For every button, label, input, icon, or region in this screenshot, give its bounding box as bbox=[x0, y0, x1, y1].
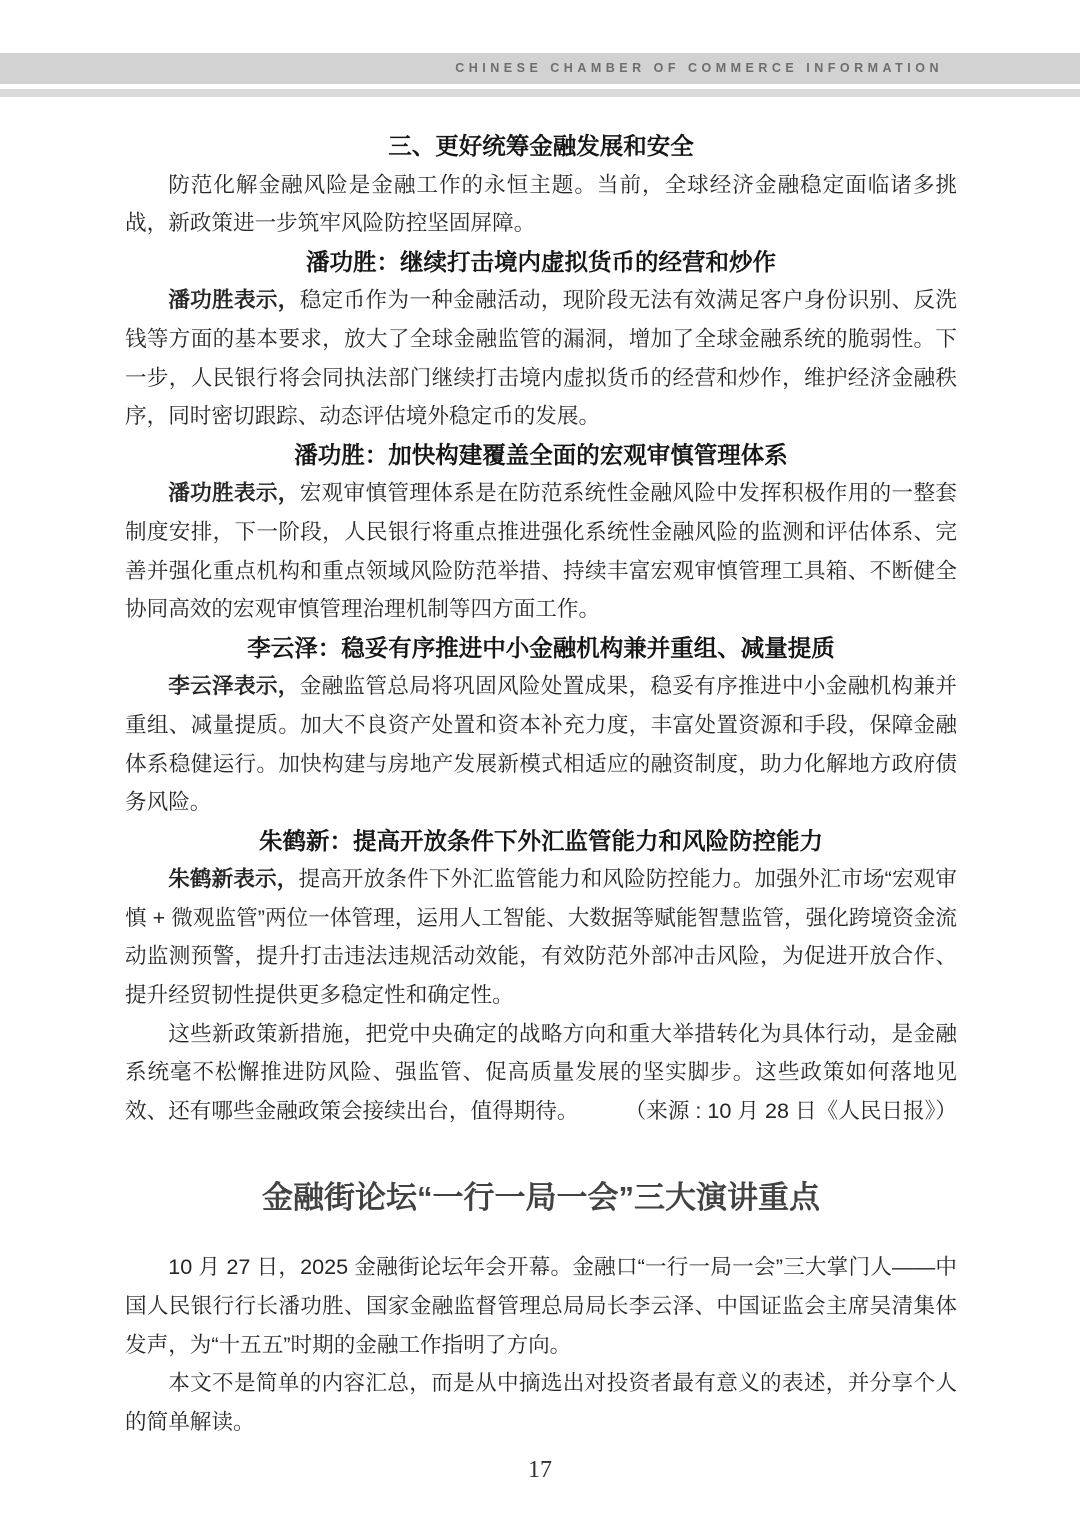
subsection-paragraph-li: 李云泽表示，金融监管总局将巩固风险处置成果，稳妥有序推进中小金融机构兼并重组、减… bbox=[125, 667, 957, 821]
subsection-paragraph-pan-1: 潘功胜表示，稳定币作为一种金融活动，现阶段无法有效满足客户身份识别、反洗钱等方面… bbox=[125, 281, 957, 435]
header-band: CHINESE CHAMBER OF COMMERCE INFORMATION bbox=[0, 53, 1080, 84]
source-attribution: （来源 : 10 月 28 日《人民日报》） bbox=[625, 1092, 957, 1131]
closing-block: 这些新政策新措施，把党中央确定的战略方向和重大举措转化为具体行动，是金融系统毫不… bbox=[125, 1015, 957, 1131]
subsection-heading-li: 李云泽：稳妥有序推进中小金融机构兼并重组、减量提质 bbox=[125, 629, 957, 668]
subsection-paragraph-pan-2: 潘功胜表示，宏观审慎管理体系是在防范系统性金融风险中发挥积极作用的一整套制度安排… bbox=[125, 474, 957, 628]
article2-title: 金融街论坛“一行一局一会”三大演讲重点 bbox=[125, 1175, 957, 1221]
article2-paragraph-1: 10 月 27 日，2025 金融街论坛年会开幕。金融口“一行一局一会”三大掌门… bbox=[125, 1248, 957, 1364]
page-number: 17 bbox=[0, 1457, 1080, 1484]
intro-paragraph: 防范化解金融风险是金融工作的永恒主题。当前，全球经济金融稳定面临诸多挑战，新政策… bbox=[125, 166, 957, 243]
speaker-lead: 李云泽表示， bbox=[168, 673, 300, 698]
article2-paragraph-2: 本文不是简单的内容汇总，而是从中摘选出对投资者最有意义的表述，并分享个人的简单解… bbox=[125, 1364, 957, 1441]
subsection-heading-pan-2: 潘功胜：加快构建覆盖全面的宏观审慎管理体系 bbox=[125, 436, 957, 475]
section-heading-main: 三、更好统筹金融发展和安全 bbox=[125, 127, 957, 166]
subsection-heading-zhu: 朱鹤新：提高开放条件下外汇监管能力和风险防控能力 bbox=[125, 822, 957, 861]
subsection-heading-pan-1: 潘功胜：继续打击境内虚拟货币的经营和炒作 bbox=[125, 243, 957, 282]
header-band-text: CHINESE CHAMBER OF COMMERCE INFORMATION bbox=[455, 53, 943, 84]
speaker-lead: 朱鹤新表示， bbox=[168, 866, 298, 891]
page-content: 三、更好统筹金融发展和安全 防范化解金融风险是金融工作的永恒主题。当前，全球经济… bbox=[125, 127, 957, 1441]
speaker-lead: 潘功胜表示， bbox=[168, 287, 300, 312]
speaker-lead: 潘功胜表示， bbox=[168, 480, 300, 505]
header-band-thin-rule bbox=[0, 89, 1080, 97]
subsection-paragraph-zhu: 朱鹤新表示，提高开放条件下外汇监管能力和风险防控能力。加强外汇市场“宏观审慎 +… bbox=[125, 860, 957, 1014]
